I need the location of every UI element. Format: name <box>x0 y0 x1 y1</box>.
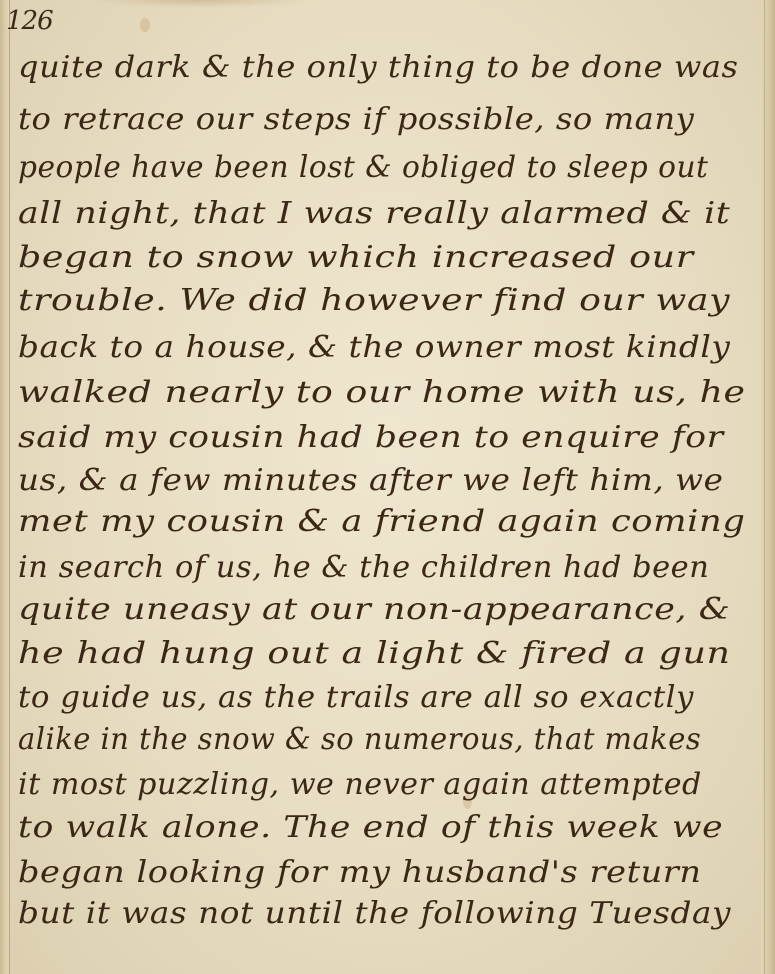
handwritten-line: alike in the snow & so numerous, that ma… <box>18 722 701 757</box>
handwritten-line: us, & a few minutes after we left him, w… <box>18 463 723 498</box>
handwritten-line: met my cousin & a friend again coming <box>18 504 746 539</box>
handwritten-line: it most puzzling, we never again attempt… <box>18 767 702 802</box>
handwritten-line: began to snow which increased our <box>18 240 694 275</box>
manuscript-page: 126 quite dark & the only thing to be do… <box>0 0 775 974</box>
handwritten-line: quite dark & the only thing to be done w… <box>18 50 739 85</box>
handwritten-line: trouble. We did however find our way <box>18 283 730 318</box>
handwritten-line: he had hung out a light & fired a gun <box>18 636 731 671</box>
handwritten-line: people have been lost & obliged to sleep… <box>18 150 708 185</box>
handwritten-line: but it was not until the following Tuesd… <box>18 896 731 931</box>
handwritten-line: in search of us, he & the children had b… <box>18 550 709 585</box>
page-binding-line <box>9 0 10 974</box>
paper-stain <box>140 18 150 32</box>
handwritten-line: walked nearly to our home with us, he <box>18 375 746 410</box>
page-top-shadow <box>90 0 310 8</box>
handwritten-line: all night, that I was really alarmed & i… <box>18 196 730 231</box>
handwritten-line: to guide us, as the trails are all so ex… <box>18 680 694 715</box>
page-right-edge-line <box>764 0 765 974</box>
handwritten-line: began looking for my husband's return <box>18 855 702 890</box>
handwritten-line: to retrace our steps if possible, so man… <box>18 102 694 137</box>
handwritten-line: to walk alone. The end of this week we <box>18 810 723 845</box>
handwritten-line: back to a house, & the owner most kindly <box>18 330 730 365</box>
handwritten-line: quite uneasy at our non-appearance, & <box>18 592 730 627</box>
page-number: 126 <box>6 6 53 36</box>
handwritten-line: said my cousin had been to enquire for <box>18 420 724 455</box>
